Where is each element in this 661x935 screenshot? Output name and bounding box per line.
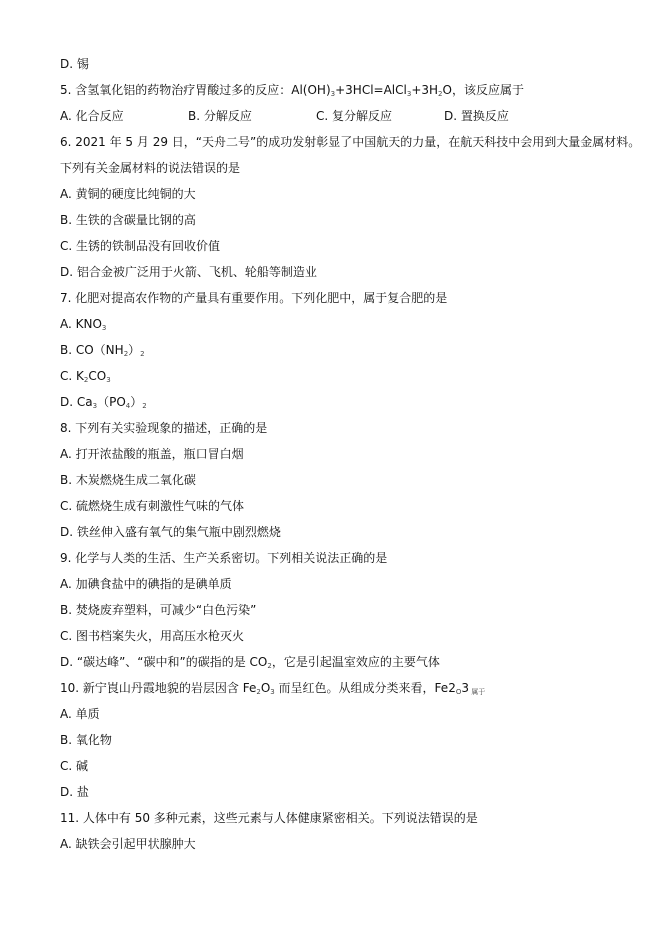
option-q10-b: B. 氧化物 (60, 731, 640, 757)
option-q10-d: D. 盐 (60, 783, 640, 809)
option-q6-b: B. 生铁的含碳量比钢的高 (60, 211, 640, 237)
option-q10-a: A. 单质 (60, 705, 640, 731)
option-q7-d: D. Ca3（PO4）2 (60, 393, 640, 419)
option-q9-d: D. “碳达峰”、“碳中和”的碳指的是 CO2，它是引起温室效应的主要气体 (60, 653, 640, 679)
option-q9-a: A. 加碘食盐中的碘指的是碘单质 (60, 575, 640, 601)
option-q5-b: B. 分解反应 (188, 107, 316, 133)
option-q5-a: A. 化合反应 (60, 107, 188, 133)
question-5-options: A. 化合反应 B. 分解反应 C. 复分解反应 D. 置换反应 (60, 107, 640, 133)
option-q4-d: D. 锡 (60, 55, 640, 81)
question-8: 8. 下列有关实验现象的描述，正确的是 (60, 419, 640, 445)
option-q6-c: C. 生锈的铁制品没有回收价值 (60, 237, 640, 263)
question-5: 5. 含氢氧化铝的药物治疗胃酸过多的反应：Al(OH)3+3HCl=AlCl3+… (60, 81, 640, 107)
question-6-prompt: 下列有关金属材料的说法错误的是 (60, 159, 640, 185)
option-q11-a: A. 缺铁会引起甲状腺肿大 (60, 835, 640, 861)
option-q8-b: B. 木炭燃烧生成二氧化碳 (60, 471, 640, 497)
option-q6-d: D. 铝合金被广泛用于火箭、飞机、轮船等制造业 (60, 263, 640, 289)
option-q6-a: A. 黄铜的硬度比纯铜的大 (60, 185, 640, 211)
question-10: 10. 新宁崀山丹霞地貌的岩层因含 Fe2O3 而呈红色。从组成分类来看，Fe2… (60, 679, 640, 705)
question-9: 9. 化学与人类的生活、生产关系密切。下列相关说法正确的是 (60, 549, 640, 575)
option-q8-c: C. 硫燃烧生成有刺激性气味的气体 (60, 497, 640, 523)
option-q7-b: B. CO（NH2）2 (60, 341, 640, 367)
option-q9-c: C. 图书档案失火，用高压水枪灭火 (60, 627, 640, 653)
option-q10-c: C. 碱 (60, 757, 640, 783)
option-q5-d: D. 置换反应 (444, 107, 572, 133)
document-page: D. 锡 5. 含氢氧化铝的药物治疗胃酸过多的反应：Al(OH)3+3HCl=A… (60, 55, 640, 861)
option-q7-a: A. KNO3 (60, 315, 640, 341)
question-7: 7. 化肥对提高农作物的产量具有重要作用。下列化肥中，属于复合肥的是 (60, 289, 640, 315)
option-q8-a: A. 打开浓盐酸的瓶盖，瓶口冒白烟 (60, 445, 640, 471)
option-q5-c: C. 复分解反应 (316, 107, 444, 133)
option-q7-c: C. K2CO3 (60, 367, 640, 393)
option-q9-b: B. 焚烧废弃塑料，可减少“白色污染” (60, 601, 640, 627)
question-11: 11. 人体中有 50 多种元素，这些元素与人体健康紧密相关。下列说法错误的是 (60, 809, 640, 835)
question-6-stem: 6. 2021 年 5 月 29 日，“天舟二号”的成功发射彰显了中国航天的力量… (60, 133, 640, 159)
option-q8-d: D. 铁丝伸入盛有氧气的集气瓶中剧烈燃烧 (60, 523, 640, 549)
